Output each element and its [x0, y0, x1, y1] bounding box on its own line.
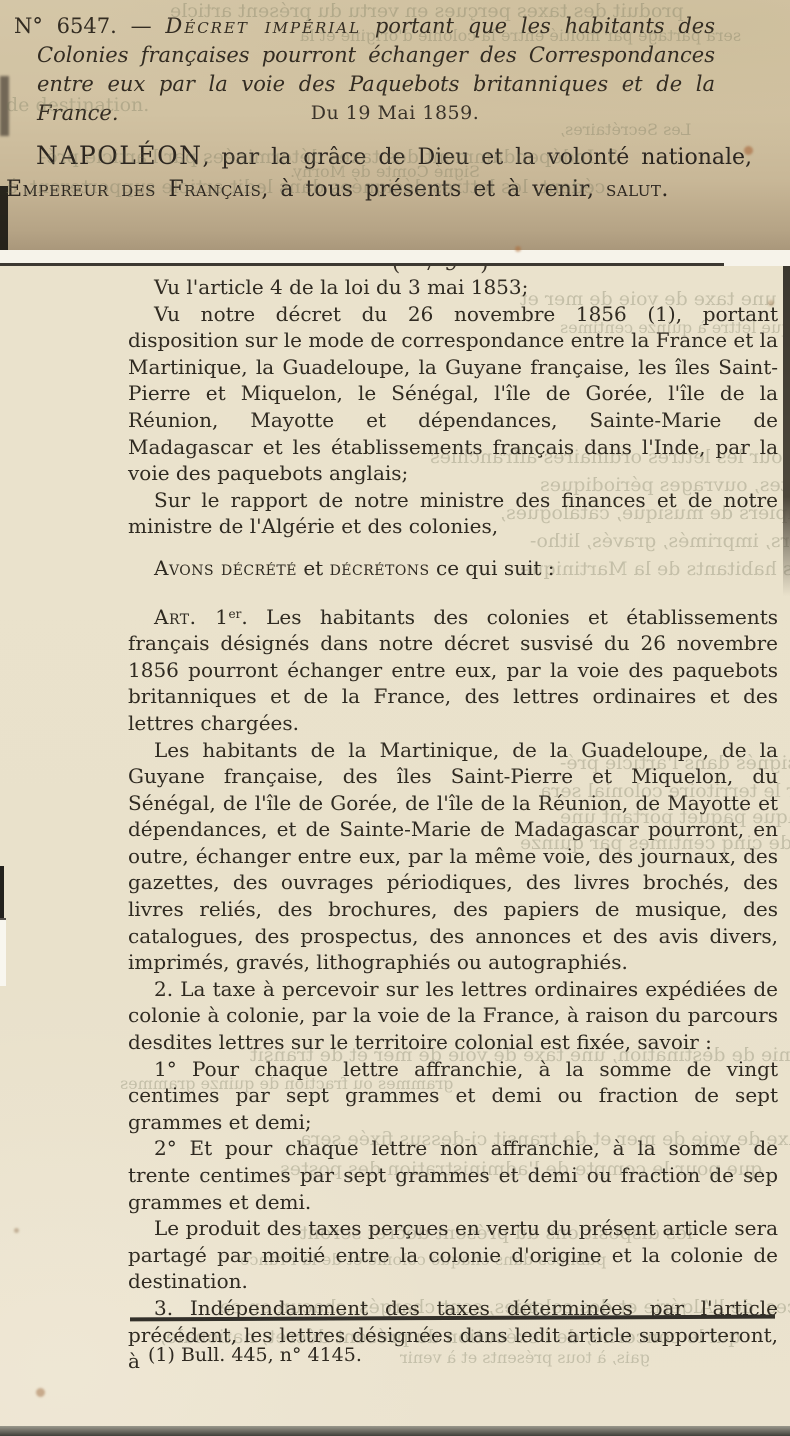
paper-stain	[36, 1388, 45, 1397]
footnote: (1) Bull. 445, n° 4145.	[148, 1344, 362, 1366]
paragraph-produit-taxes: Le produit des taxes perçues en vertu du…	[128, 1215, 778, 1295]
scan-edge-mark	[0, 866, 4, 918]
paper-stain	[744, 146, 753, 155]
ghost-text: cédent, les lettres désignées dans ledit…	[6, 176, 605, 198]
scan-bottom-edge	[0, 1426, 790, 1436]
scanned-page: N° 6547. — Décret impérial portant que l…	[0, 0, 790, 1436]
article-1-label: Art. 1	[154, 605, 229, 629]
ghost-text: de destination.	[6, 94, 149, 116]
paragraph-habitants: Les habitants de la Martinique, de la Gu…	[128, 737, 778, 976]
paper-stain	[14, 1228, 19, 1233]
page-number-text: ( 79 )	[392, 266, 522, 275]
avons-decrete-smallcaps: Avons décrété	[154, 556, 297, 580]
preamble-text: .	[661, 177, 668, 202]
avons-text: ce qui suit :	[430, 556, 555, 580]
paragraph-rapport: Sur le rapport de notre ministre des fin…	[128, 487, 778, 540]
gutter-shadow	[783, 266, 790, 596]
ghost-text: sera partagé par moitié entre la colonie…	[300, 26, 741, 45]
paper-stain	[768, 300, 774, 306]
decree-number: N° 6547. —	[14, 14, 165, 38]
paragraph-article-1: Art. 1er. Les habitants des colonies et …	[128, 604, 778, 737]
avons-text: et	[297, 556, 330, 580]
salut-word: salut	[606, 177, 661, 202]
scan-edge-notch	[0, 918, 6, 986]
decree-body: Vu l'article 4 de la loi du 3 mai 1853; …	[128, 274, 778, 1375]
article-1-ordinal-sup: er	[229, 607, 242, 621]
paragraph-article-2-2: 2° Et pour chaque lettre non affranchie,…	[128, 1135, 778, 1215]
paragraph-vu-decret: Vu notre décret du 26 novembre 1856 (1),…	[128, 301, 778, 487]
decretons-smallcaps: décrétons	[330, 556, 430, 580]
decree-body-scan: ( 79 ) Vu l'article 4 de la loi du 3 mai…	[0, 266, 790, 1428]
paper-stain	[515, 246, 521, 252]
paragraph-vu-loi: Vu l'article 4 de la loi du 3 mai 1853;	[128, 274, 778, 301]
paragraph-avons-decrete: Avons décrété et décrétons ce qui suit :	[128, 555, 778, 582]
page-number-fragment: ( 79 )	[392, 266, 522, 276]
ghost-text: produit des taxes perçues en vertu du pr…	[170, 0, 684, 22]
decree-header-scan: N° 6547. — Décret impérial portant que l…	[0, 0, 790, 252]
ghost-text: Les Secrétaires,	[560, 120, 691, 139]
paragraph-article-2: 2. La taxe à percevoir sur les lettres o…	[128, 976, 778, 1056]
paragraph-article-2-1: 1° Pour chaque lettre affranchie, à la s…	[128, 1056, 778, 1136]
